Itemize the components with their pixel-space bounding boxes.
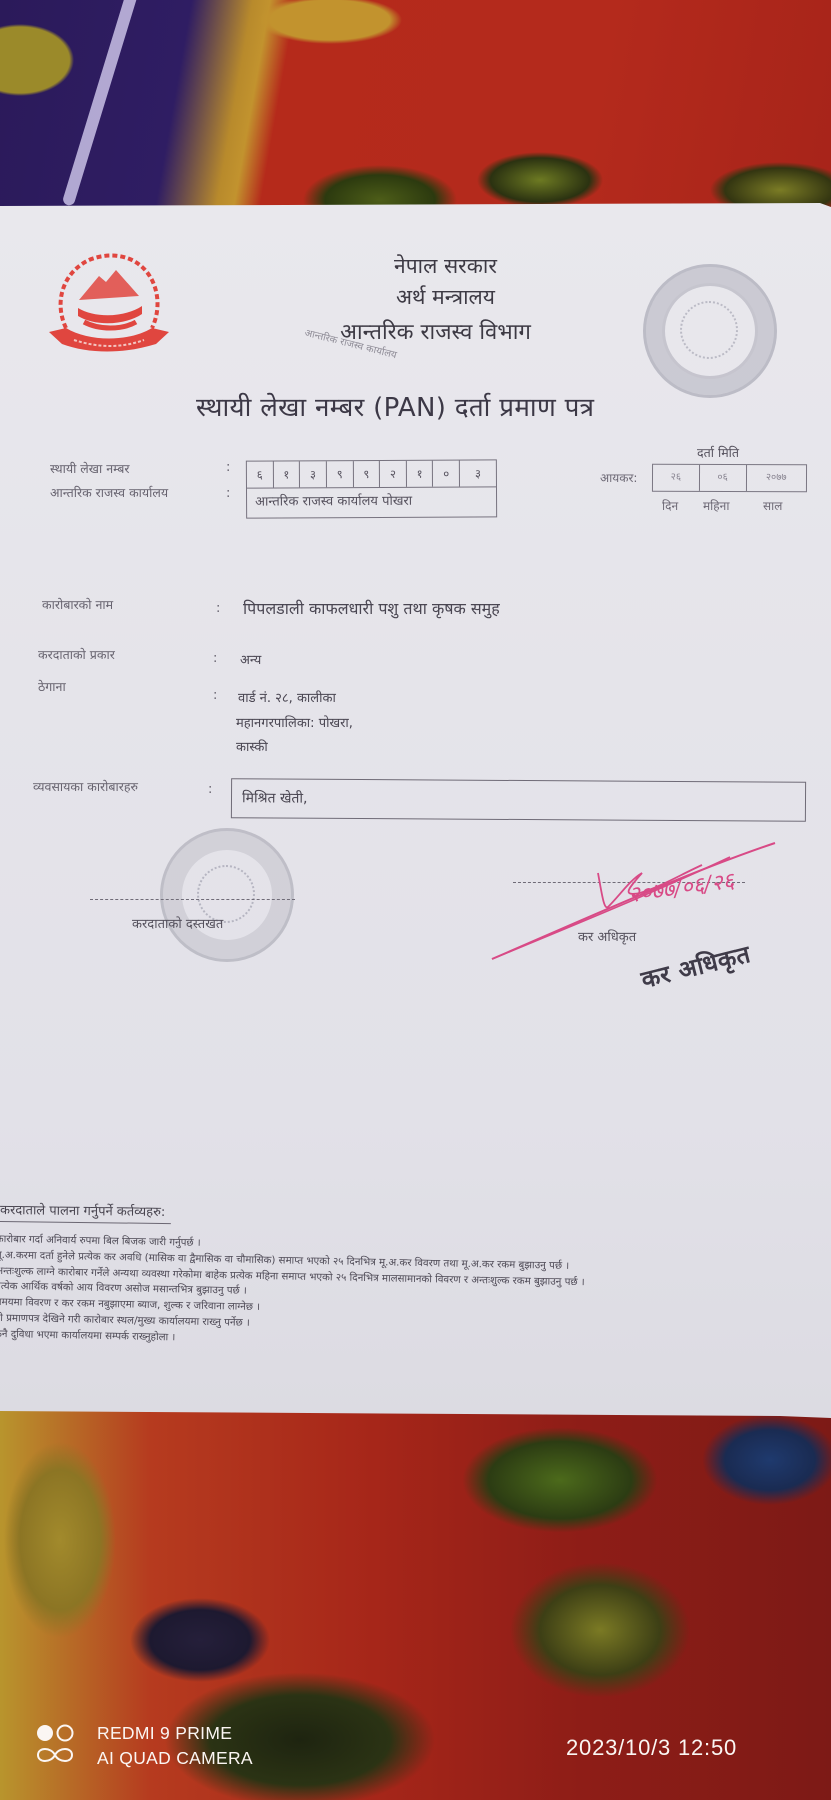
pan-digit: ३ [300,461,327,487]
pan-number-box: ६ १ ३ ९ ९ २ १ ० ३ आन्तरिक राजस्व कार्याल… [246,459,497,518]
pan-label: स्थायी लेखा नम्बर [50,460,129,477]
header-government: नेपाल सरकार [30,252,831,280]
office-colon: : [226,486,230,501]
pan-colon: : [226,460,230,475]
office-label: आन्तरिक राजस्व कार्यालय [50,484,168,501]
header-ministry: अर्थ मन्त्रालय [30,283,831,311]
taxpayer-type-colon: : [213,651,217,666]
duties-title: करदाताले पालना गर्नुपर्ने कर्तव्यहरु: [0,1200,171,1224]
duties-list: कारोबार गर्दा अनिवार्य रुपमा बिल बिजक जा… [0,1232,800,1358]
address-colon: : [213,688,217,703]
taxpayer-signature-line [90,899,295,900]
year-caption: साल [763,497,782,514]
month-caption: महिना [703,497,729,514]
income-tax-label: आयकर: [600,469,637,486]
pan-digit: १ [273,461,300,487]
business-activity-colon: : [208,782,212,797]
date-year: २०७७ [746,465,806,491]
pan-digits: ६ १ ३ ९ ९ २ १ ० ३ [247,460,496,488]
pan-digit: ६ [247,462,274,488]
date-month: ०६ [700,465,747,491]
photo-datetime: 2023/10/3 12:50 [566,1735,737,1761]
address-line3: कास्की [236,737,268,755]
organization-seal-left [160,828,294,962]
address-line2: महानगरपालिका: पोखरा, [236,713,353,731]
business-name-value: पिपलडाली काफलधारी पशु तथा कृषक समुह [243,597,500,619]
business-name-colon: : [216,601,220,616]
taxpayer-type-label: करदाताको प्रकार [38,646,115,663]
date-day: २६ [653,465,700,491]
pan-digit: ९ [353,461,380,487]
pan-digit: ९ [327,461,354,487]
header-department: आन्तरिक राजस्व विभाग [20,316,831,346]
day-caption: दिन [662,497,678,514]
pan-digit: २ [380,461,407,487]
taxpayer-type-value: अन्य [240,650,261,668]
camera-brand-logo-icon [34,1723,82,1767]
camera-model-text: REDMI 9 PRIME [97,1723,232,1744]
business-activity-label: व्यवसायका कारोबारहरु [33,778,138,795]
pan-digit: १ [407,461,434,487]
officer-signature-caption: कर अधिकृत [578,927,636,945]
registration-date-heading: दर्ता मिति [697,444,739,461]
business-activity-value: मिश्रित खेती, [242,788,308,807]
business-activity-box: मिश्रित खेती, [231,778,806,822]
certificate-title: स्थायी लेखा नम्बर (PAN) दर्ता प्रमाण पत्… [196,388,594,424]
registration-date-box: २६ ०६ २०७७ [652,464,807,493]
camera-type-text: AI QUAD CAMERA [97,1748,253,1769]
office-value: आन्तरिक राजस्व कार्यालय पोखरा [247,487,496,516]
address-label: ठेगाना [38,678,66,695]
address-line1: वार्ड नं. २८, कालीका [238,688,336,706]
taxpayer-signature-caption: करदाताको दस्तखत [132,914,223,932]
pan-digit: ३ [460,460,496,486]
business-name-label: कारोबारको नाम [42,596,113,613]
pan-digit: ० [433,461,460,487]
